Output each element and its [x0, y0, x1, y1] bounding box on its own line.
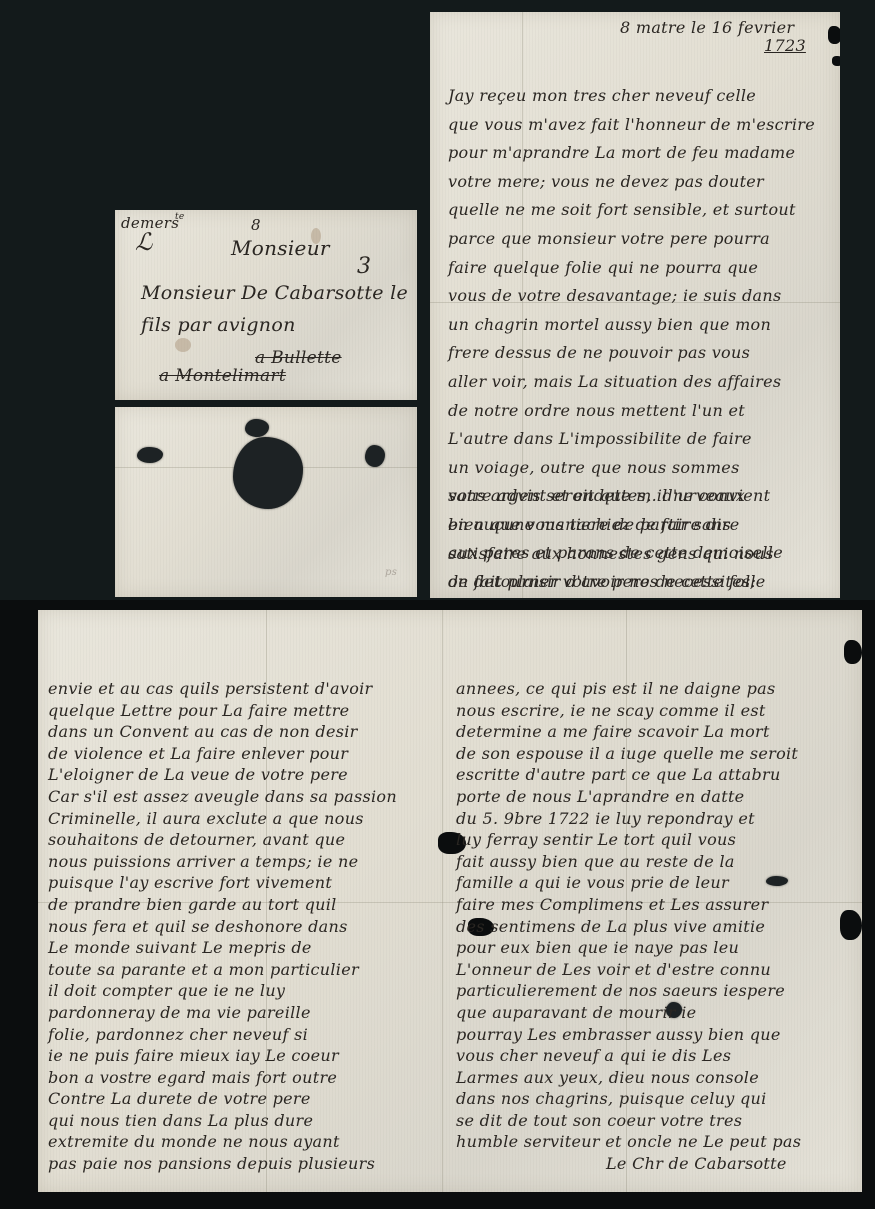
cover-struck-line-2: a Montelimart [159, 366, 286, 386]
cover-front-panel: demers te ℒ 8 Monsieur 3 Monsieur De Cab… [115, 210, 417, 400]
text-line: L'onneur de Les voir et d'estre connu [456, 959, 875, 981]
text-line: frere dessus de ne pouvoir pas vous [448, 339, 840, 368]
text-line: vous de votre desavantage; ie suis dans [448, 282, 840, 311]
paper-damage [844, 640, 862, 664]
text-line: de notre ordre nous mettent l'un et [448, 397, 840, 426]
text-line: que auparavant de mourir ie [456, 1002, 875, 1024]
text-line: determine a me faire scavoir La mort [456, 721, 875, 743]
text-line: de son espouse il a iuge quelle me seroi… [456, 743, 875, 765]
text-line: des sentimens de La plus vive amitie [456, 916, 875, 938]
cover-back-panel: ps [115, 407, 417, 597]
cover-address-line-2: fils par avignon [141, 314, 296, 336]
text-line: un chagrin mortel aussy bien que mon [448, 311, 840, 340]
text-line: votre advis seroit que m. d'urveaux [448, 482, 875, 511]
ink-stain [175, 338, 191, 352]
text-line: nous escrire, ie ne scay comme il est [456, 700, 875, 722]
letter-signature: Le Chr de Cabarsotte [456, 1153, 875, 1175]
cover-address-line-1: Monsieur De Cabarsotte le [141, 282, 408, 304]
text-line: faire mes Complimens et Les assurer [456, 894, 875, 916]
text-line: Jay reçeu mon tres cher neveuf celle [448, 82, 840, 111]
text-line: porte de nous L'aprandre en datte [456, 786, 875, 808]
cover-top-mark: 8 [251, 216, 261, 234]
wax-fragment [365, 445, 385, 467]
text-line: particulierement de nos saeurs iespere [456, 980, 875, 1002]
text-line: pour m'aprandre La mort de feu madame [448, 139, 840, 168]
text-line: luy ferray sentir Le tort quil vous [456, 829, 875, 851]
text-line: bien que vous tachiez de faire dire [448, 511, 875, 540]
cover-annotation-superscript: te [175, 212, 185, 222]
text-line: quelle ne me soit fort sensible, et surt… [448, 196, 840, 225]
wax-fragment [245, 419, 269, 437]
text-line: fait aussy bien que au reste de la [456, 851, 875, 873]
cover-postal-mark: 3 [357, 254, 371, 279]
text-line: que vous m'avez fait l'honneur de m'escr… [448, 111, 840, 140]
wax-fragment [137, 447, 163, 463]
text-line: pourray Les embrasser aussy bien que [456, 1024, 875, 1046]
text-line: aux peres et parans de cette demoiselle [448, 539, 875, 568]
text-line: se dit de tout son coeur votre tres [456, 1110, 875, 1132]
text-line: escritte d'autre part ce que La attabru [456, 764, 875, 786]
cover-flourish-mark: ℒ [135, 228, 153, 256]
text-line: humble serviteur et oncle ne Le peut pas [456, 1131, 875, 1153]
letter-page-1-body-tail: votre advis seroit que m. d'urveaux bien… [448, 482, 875, 596]
text-line: de detourner votre pere de cette folle [448, 568, 875, 597]
text-line: un voiage, outre que nous sommes [448, 454, 840, 483]
paper-damage [832, 56, 840, 66]
text-line: dans nos chagrins, puisque celuy qui [456, 1088, 875, 1110]
text-line: parce que monsieur votre pere pourra [448, 225, 840, 254]
wax-seal [233, 437, 303, 509]
text-line: Larmes aux yeux, dieu nous console [456, 1067, 875, 1089]
ink-stain [311, 228, 321, 244]
letter-date-place: 8 matre le 16 fevrier [620, 18, 840, 37]
paper-damage [828, 26, 840, 44]
text-line: votre mere; vous ne devez pas douter [448, 168, 840, 197]
cover-struck-line-1: a Bullette [255, 348, 342, 368]
text-line: famille a qui ie vous prie de leur [456, 872, 875, 894]
text-line: aller voir, mais La situation des affair… [448, 368, 840, 397]
letter-page-3-body: annees, ce qui pis est il ne daigne pas … [456, 678, 875, 1175]
text-line: du 5. 9bre 1722 ie luy repondray et [456, 808, 875, 830]
text-line: pour eux bien que ie naye pas leu [456, 937, 875, 959]
text-line: annees, ce qui pis est il ne daigne pas [456, 678, 875, 700]
text-line: L'autre dans L'impossibilite de faire [448, 425, 840, 454]
text-line: vous cher neveuf a qui ie dis Les [456, 1045, 875, 1067]
cover-back-mark: ps [385, 567, 417, 578]
text-line: faire quelque folie qui ne pourra que [448, 254, 840, 283]
